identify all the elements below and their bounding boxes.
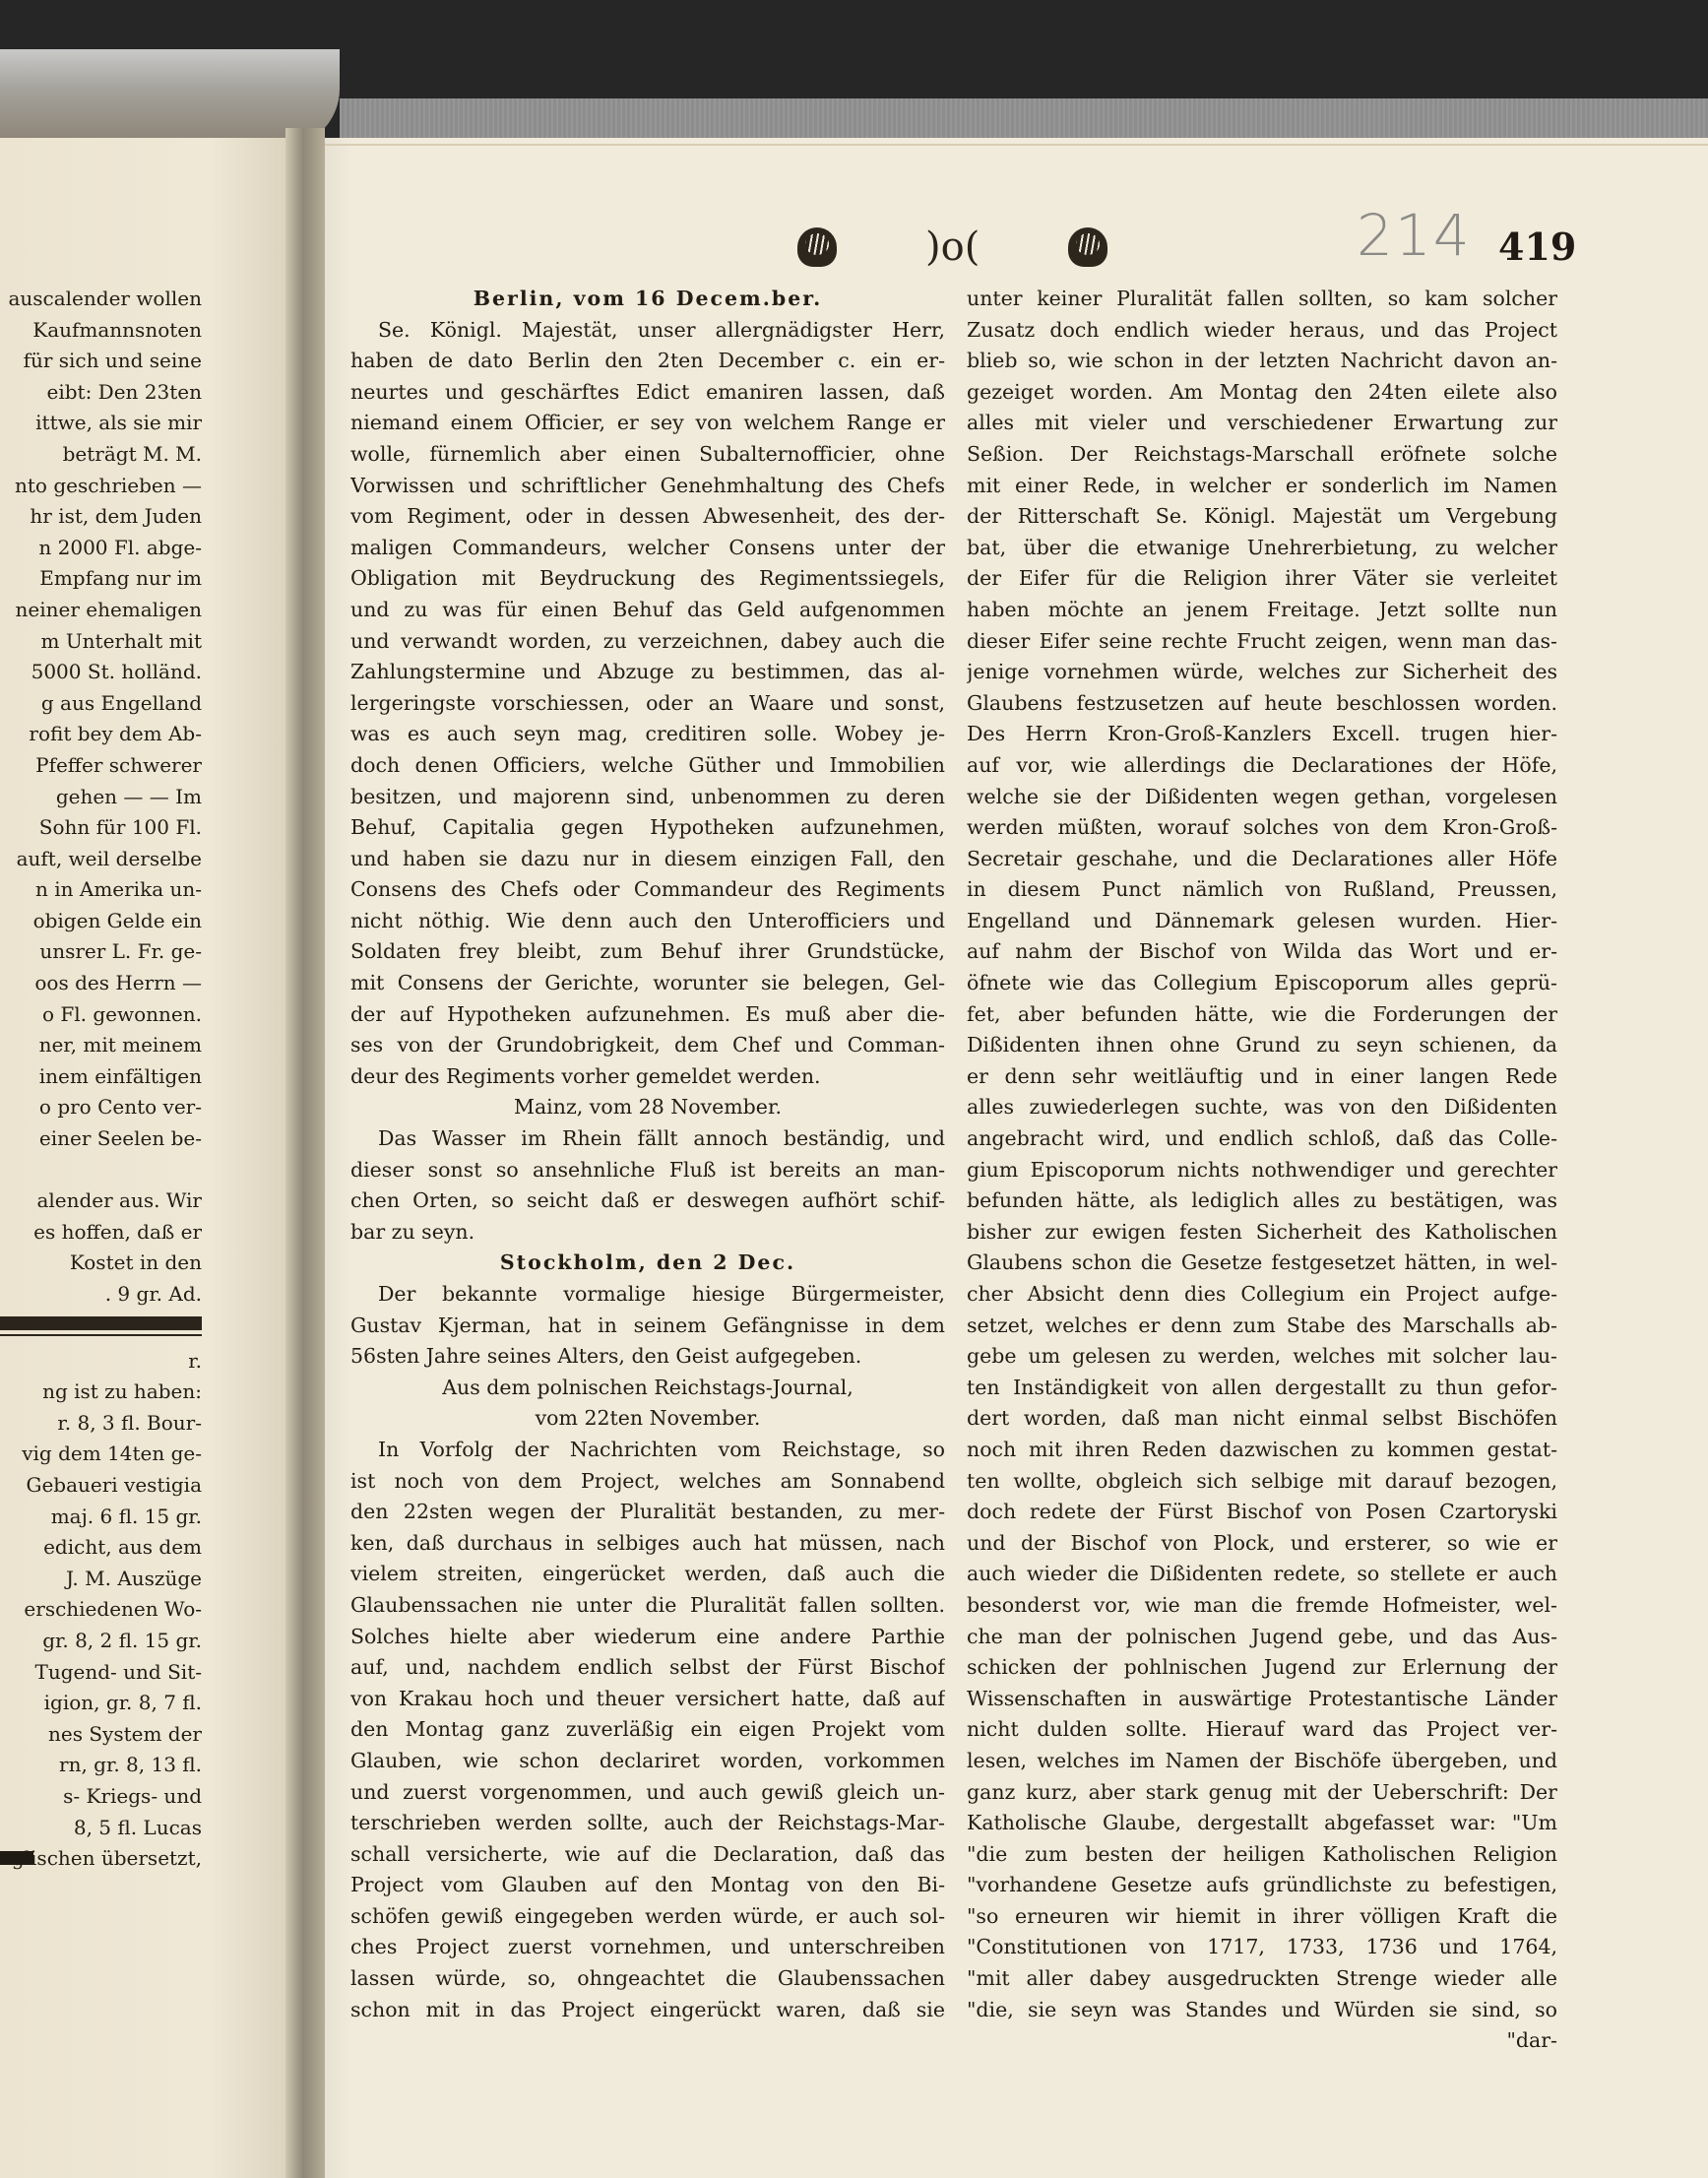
text-line: "die zum besten der heiligen Katholische…	[967, 1839, 1557, 1871]
text-line: n in Amerika un-	[0, 874, 202, 906]
text-line: ner, mit meinem	[0, 1030, 202, 1061]
article-heading: Stockholm, den 2 Dec.	[350, 1248, 945, 1279]
text-line: r.	[0, 1346, 202, 1377]
text-line: in diesem Punct nämlich von Rußland, Pre…	[967, 874, 1557, 906]
article-column-right: unter keiner Pluralität fallen sollten, …	[967, 284, 1557, 2057]
text-line: "Constitutionen von 1717, 1733, 1736 und…	[967, 1932, 1557, 1963]
text-line: Engelland und Dännemark gelesen wurden. …	[967, 906, 1557, 937]
text-line: Seßion. Der Reichstags-Marschall eröfnet…	[967, 439, 1557, 471]
text-line: oos des Herrn —	[0, 968, 202, 999]
text-line: ten Inständigkeit von allen dergestallt …	[967, 1373, 1557, 1404]
text-line: maj. 6 fl. 15 gr.	[0, 1502, 202, 1533]
text-line: alender aus. Wir	[0, 1185, 202, 1217]
text-line: n 2000 Fl. abge-	[0, 533, 202, 564]
text-line: besonderst vor, wie man die fremde Hofme…	[967, 1590, 1557, 1622]
text-line: welche sie der Dißidenten wegen gethan, …	[967, 782, 1557, 813]
text-line: mit Consens der Gerichte, worunter sie b…	[350, 968, 945, 999]
text-line: dieser Eifer seine rechte Frucht zeigen,…	[967, 626, 1557, 658]
text-line: Glauben, wie schon declariret worden, vo…	[350, 1746, 945, 1777]
text-line: maligen Commandeurs, welcher Consens unt…	[350, 533, 945, 564]
text-line: erschiedenen Wo-	[0, 1594, 202, 1626]
text-line: unsrer L. Fr. ge-	[0, 936, 202, 968]
text-line: gebe um gelesen zu werden, welches mit s…	[967, 1341, 1557, 1373]
text-line: der Ritterschaft Se. Königl. Majestät um…	[967, 501, 1557, 533]
text-line: wolle, fürnemlich aber einen Subalternof…	[350, 439, 945, 471]
text-line: Das Wasser im Rhein fällt annoch beständ…	[350, 1123, 945, 1155]
text-line: gium Episcoporum nichts nothwendiger und…	[967, 1155, 1557, 1186]
text-line: befunden hätte, als lediglich alles zu b…	[967, 1185, 1557, 1217]
text-line: m Unterhalt mit	[0, 626, 202, 658]
text-line: Des Herrn Kron-Groß-Kanzlers Excell. tru…	[967, 719, 1557, 750]
text-line: 8, 5 fl. Lucas	[0, 1813, 202, 1844]
text-line: auf nahm der Bischof von Wilda das Wort …	[967, 936, 1557, 968]
text-line: o pro Cento ver-	[0, 1092, 202, 1123]
text-line	[0, 1155, 202, 1186]
article-heading: Berlin, vom 16 Decem.ber.	[350, 284, 945, 315]
text-line: rn, gr. 8, 13 fl.	[0, 1750, 202, 1781]
article-column-left: Berlin, vom 16 Decem.ber.Se. Königl. Maj…	[350, 284, 945, 2025]
text-line: der Eifer für die Religion ihrer Väter s…	[967, 563, 1557, 595]
text-line: vig dem 14ten ge-	[0, 1439, 202, 1470]
text-line: Soldaten frey bleibt, zum Behuf ihrer Gr…	[350, 936, 945, 968]
text-line: Glaubenssachen nie unter die Pluralität …	[350, 1590, 945, 1622]
text-line: Tugend- und Sit-	[0, 1657, 202, 1689]
text-line: Secretair geschahe, und die Declaratione…	[967, 844, 1557, 875]
text-line: cher Absicht denn dies Collegium ein Pro…	[967, 1279, 1557, 1311]
text-line: lesen, welches im Namen der Bischöfe übe…	[967, 1746, 1557, 1777]
text-line: neiner ehemaligen	[0, 595, 202, 626]
text-line: Glaubens schon die Gesetze festgesetzet …	[967, 1248, 1557, 1279]
text-line: Sohn für 100 Fl.	[0, 812, 202, 844]
text-line: nicht nöthig. Wie denn auch den Unteroff…	[350, 906, 945, 937]
text-line: r. 8, 3 fl. Bour-	[0, 1408, 202, 1440]
text-line: ng ist zu haben:	[0, 1377, 202, 1408]
text-line: er denn sehr weitläuftig und in einer la…	[967, 1061, 1557, 1093]
text-line: und der Bischof von Plock, und ersterer,…	[967, 1528, 1557, 1560]
text-line: öfnete wie das Collegium Episcoporum all…	[967, 968, 1557, 999]
text-line: Kostet in den	[0, 1248, 202, 1279]
text-line: In Vorfolg der Nachrichten vom Reichstag…	[350, 1435, 945, 1466]
text-line: angebracht wird, und endlich schloß, daß…	[967, 1123, 1557, 1155]
left-page-closing-rule	[0, 1851, 33, 1865]
text-line: ist noch von dem Project, welches am Son…	[350, 1466, 945, 1498]
shell-ornament-icon	[1068, 227, 1107, 267]
text-line: J. M. Auszüge	[0, 1564, 202, 1595]
text-line: schon mit in das Project eingerückt ware…	[350, 1995, 945, 2026]
text-line: Zahlungstermine und Abzuge zu bestimmen,…	[350, 657, 945, 688]
text-line: schöfen gewiß eingegeben werden würde, e…	[350, 1901, 945, 1933]
text-line: Empfang nur im	[0, 563, 202, 595]
text-line: ses von der Grundobrigkeit, dem Chef und…	[350, 1030, 945, 1061]
text-line: noch mit ihren Reden dazwischen zu komme…	[967, 1435, 1557, 1466]
text-line: "dar-	[967, 2025, 1557, 2057]
text-line: fet, aber befunden hätte, wie die Forder…	[967, 999, 1557, 1031]
text-line: Behuf, Capitalia gegen Hypotheken aufzun…	[350, 812, 945, 844]
text-line: Katholische Glaube, dergestallt abgefass…	[967, 1808, 1557, 1839]
text-line: ken, daß durchaus in selbiges auch hat m…	[350, 1528, 945, 1560]
text-line: dieser sonst so ansehnliche Fluß ist ber…	[350, 1155, 945, 1186]
text-line: doch redete der Fürst Bischof von Posen …	[967, 1497, 1557, 1528]
text-line: obigen Gelde ein	[0, 906, 202, 937]
text-line: und zuerst vorgenommen, und auch gewiß g…	[350, 1777, 945, 1809]
text-line: g aus Engelland	[0, 688, 202, 720]
text-line: bisher zur ewigen festen Sicherheit des …	[967, 1217, 1557, 1249]
text-line: eibt: Den 23ten	[0, 377, 202, 409]
text-line: beträgt M. M.	[0, 439, 202, 471]
text-line: dert worden, daß man nicht einmal selbst…	[967, 1403, 1557, 1435]
left-page-text-fragment: auscalender wollenKaufmannsnotenfür sich…	[0, 284, 202, 1875]
text-line: chen Orten, so seicht daß er deswegen au…	[350, 1185, 945, 1217]
text-line: nto geschrieben —	[0, 471, 202, 502]
text-line: Zusatz doch endlich wieder heraus, und d…	[967, 315, 1557, 347]
text-line: schicken der pohlnischen Jugend zur Erle…	[967, 1652, 1557, 1684]
text-line: deur des Regiments vorher gemeldet werde…	[350, 1061, 945, 1093]
text-line: Se. Königl. Majestät, unser allergnädigs…	[350, 315, 945, 347]
text-line: doch denen Officiers, welche Güther und …	[350, 750, 945, 782]
text-line: ittwe, als sie mir	[0, 408, 202, 439]
text-line: setzet, welches er denn zum Stabe des Ma…	[967, 1311, 1557, 1342]
text-line: nicht dulden sollte. Hierauf ward das Pr…	[967, 1714, 1557, 1746]
text-line: . 9 gr. Ad.	[0, 1279, 202, 1311]
text-line: Project vom Glauben auf den Montag von d…	[350, 1870, 945, 1901]
text-line: niemand einem Officier, er sey von welch…	[350, 408, 945, 439]
text-line: was es auch seyn mag, creditiren solle. …	[350, 719, 945, 750]
text-line: alles mit vieler und verschiedener Erwar…	[967, 408, 1557, 439]
text-line: lergeringste vorschiessen, oder an Waare…	[350, 688, 945, 720]
ornament-divider: )o(	[925, 224, 980, 270]
text-line: und zu was für einen Behuf das Geld aufg…	[350, 595, 945, 626]
text-line: von Krakau hoch und theuer versichert ha…	[350, 1684, 945, 1715]
text-line: Pfeffer schwerer	[0, 750, 202, 782]
text-line: inem einfältigen	[0, 1061, 202, 1093]
text-line: Solches hielte aber wiederum eine andere…	[350, 1622, 945, 1653]
text-line: terschrieben werden sollte, auch der Rei…	[350, 1808, 945, 1839]
text-line: auscalender wollen	[0, 284, 202, 315]
text-line: ten wollte, obgleich sich selbige mit da…	[967, 1466, 1557, 1498]
text-line: haben de dato Berlin den 2ten December c…	[350, 346, 945, 377]
text-line: den 22sten wegen der Pluralität bestande…	[350, 1497, 945, 1528]
text-line: 5000 St. holländ.	[0, 657, 202, 688]
printed-page-number: 419	[1498, 224, 1576, 269]
text-line: besitzen, und majorenn sind, unbenommen …	[350, 782, 945, 813]
shell-ornament-icon	[797, 227, 837, 267]
text-line: Der bekannte vormalige hiesige Bürgermei…	[350, 1279, 945, 1311]
article-heading: vom 22ten November.	[350, 1403, 945, 1435]
text-line: "mit aller dabey ausgedruckten Strenge w…	[967, 1963, 1557, 1995]
text-line: es hoffen, daß er	[0, 1217, 202, 1249]
text-line: nes System der	[0, 1719, 202, 1751]
text-line: rofit bey dem Ab-	[0, 719, 202, 750]
text-line: bar zu seyn.	[350, 1217, 945, 1249]
text-line: "so erneuren wir hiemit in ihrer völlige…	[967, 1901, 1557, 1933]
article-heading: Aus dem polnischen Reichstags-Journal,	[350, 1373, 945, 1404]
text-line: Gustav Kjerman, hat in seinem Gefängniss…	[350, 1311, 945, 1342]
text-line: lassen würde, so, ohngeachtet die Glaube…	[350, 1963, 945, 1995]
text-line: che man der polnischen Jugend gebe, und …	[967, 1622, 1557, 1653]
text-line: gr. 8, 2 fl. 15 gr.	[0, 1626, 202, 1657]
text-line: ches Project zuerst vornehmen, und unter…	[350, 1932, 945, 1963]
text-line: alles zuwiederlegen suchte, was von den …	[967, 1092, 1557, 1123]
text-line: haben möchte an jenem Freitage. Jetzt so…	[967, 595, 1557, 626]
text-line: vielem streiten, eingerücket werden, daß…	[350, 1559, 945, 1590]
text-line: Gebaueri vestigia	[0, 1470, 202, 1502]
text-line: Wissenschaften in auswärtige Protestanti…	[967, 1684, 1557, 1715]
text-line: den Montag ganz zuverläßig ein eigen Pro…	[350, 1714, 945, 1746]
text-line: 56sten Jahre seines Alters, den Geist au…	[350, 1341, 945, 1373]
text-line: auch wieder die Dißidenten redete, so st…	[967, 1559, 1557, 1590]
text-line: und haben sie dazu nur in diesem einzige…	[350, 844, 945, 875]
text-line: gezeiget worden. Am Montag den 24ten eil…	[967, 377, 1557, 409]
header-ornaments: )o(	[797, 224, 1107, 270]
text-line: Kaufmannsnoten	[0, 315, 202, 347]
text-line: "vorhandene Gesetze aufs gründlichste zu…	[967, 1870, 1557, 1901]
text-line: auf, und, nachdem endlich selbst der Für…	[350, 1652, 945, 1684]
text-line: und verwandt worden, zu verzeichnen, dab…	[350, 626, 945, 658]
page-top-edge	[325, 144, 1708, 146]
archive-page-number: 214	[1357, 202, 1472, 269]
section-rule-thick	[0, 1316, 202, 1330]
text-line: o Fl. gewonnen.	[0, 999, 202, 1031]
text-line: schall versicherte, wie auf die Declarat…	[350, 1839, 945, 1871]
book-gutter	[285, 128, 325, 2178]
text-line: für sich und seine	[0, 346, 202, 377]
article-heading: Mainz, vom 28 November.	[350, 1092, 945, 1123]
text-line: Consens des Chefs oder Commandeur des Re…	[350, 874, 945, 906]
text-line: auft, weil derselbe	[0, 844, 202, 875]
text-line: einer Seelen be-	[0, 1123, 202, 1155]
section-rule-thin	[0, 1334, 202, 1336]
text-line: neurtes und geschärftes Edict emaniren l…	[350, 377, 945, 409]
text-line: bat, über die etwanige Unehrerbietung, z…	[967, 533, 1557, 564]
text-line: Obligation mit Beydruckung des Regiments…	[350, 563, 945, 595]
text-line: edicht, aus dem	[0, 1532, 202, 1564]
text-line: gehen — — Im	[0, 782, 202, 813]
text-line: der auf Hypotheken aufzunehmen. Es muß a…	[350, 999, 945, 1031]
text-line: s- Kriegs- und	[0, 1781, 202, 1813]
text-line: werden müßten, worauf solches von dem Kr…	[967, 812, 1557, 844]
text-line: blieb so, wie schon in der letzten Nachr…	[967, 346, 1557, 377]
text-line: ganz kurz, aber stark genug mit der Uebe…	[967, 1777, 1557, 1809]
text-line: "die, sie seyn was Standes und Würden si…	[967, 1995, 1557, 2026]
text-line: auf vor, wie allerdings die Declaratione…	[967, 750, 1557, 782]
text-line: mit einer Rede, in welcher er sonderlich…	[967, 471, 1557, 502]
text-line: Dißidenten ihnen ohne Grund zu seyn schi…	[967, 1030, 1557, 1061]
text-line: jenige vornehmen würde, welches zur Sich…	[967, 657, 1557, 688]
text-line: unter keiner Pluralität fallen sollten, …	[967, 284, 1557, 315]
text-line: Vorwissen und schriftlicher Genehmhaltun…	[350, 471, 945, 502]
text-line: Glaubens festzusetzen auf heute beschlos…	[967, 688, 1557, 720]
text-line: vom Regiment, oder in dessen Abwesenheit…	[350, 501, 945, 533]
text-line: hr ist, dem Juden	[0, 501, 202, 533]
text-line: igion, gr. 8, 7 fl.	[0, 1688, 202, 1719]
